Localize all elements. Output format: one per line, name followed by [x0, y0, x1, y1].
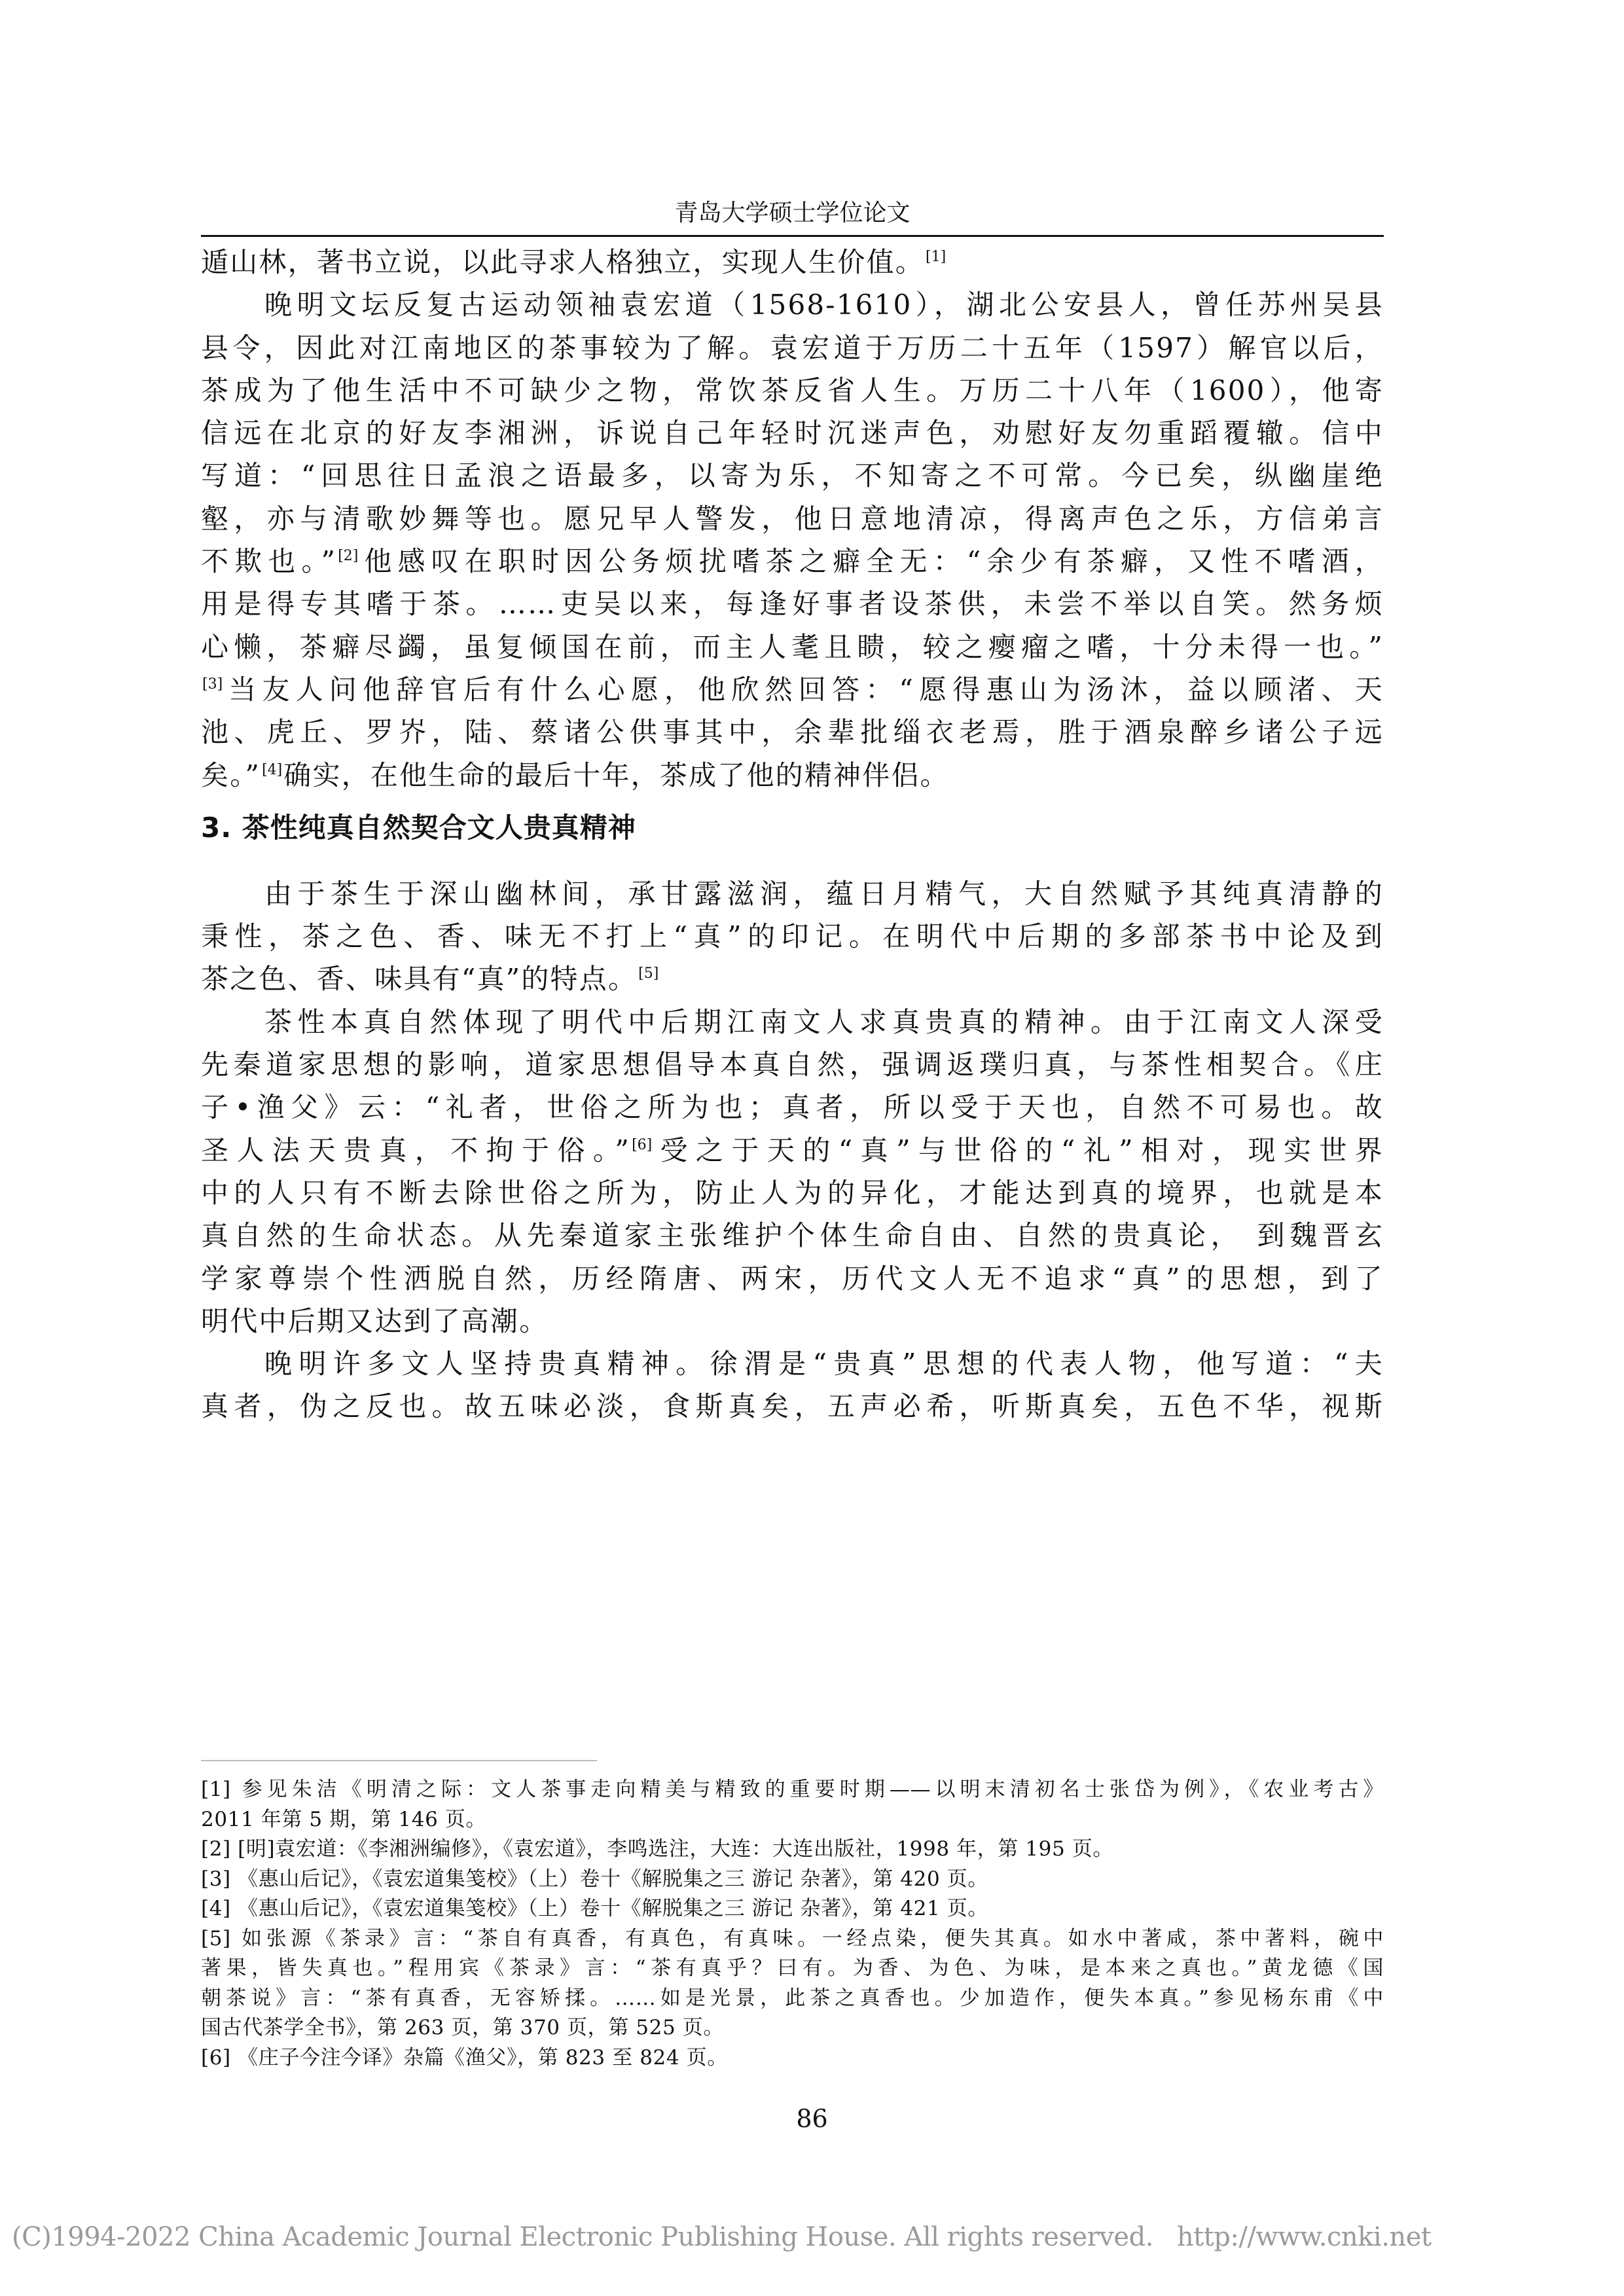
paragraph-line: 不欺也。”[2]他感叹在职时因公务烦扰嗜茶之癖全无：“余少有茶癖，又性不嗜酒， — [201, 540, 1384, 583]
text-run: 当友人问他辞官后有什么心愿，他欣然回答：“愿得惠山为汤沐，益以顾渚、天 — [224, 673, 1384, 706]
paragraph-line: 真自然的生命状态。从先秦道家主张维护个体生命自由、自然的贵真论， 到魏晋玄 — [201, 1214, 1384, 1257]
footnote-ref[interactable]: [1] — [926, 249, 946, 265]
footnote-line: [1] 参见朱洁《明清之际：文人茶事走向精美与精致的重要时期——以明末清初名士张… — [201, 1775, 1384, 1805]
text-run: 池、虎丘、罗岕，陆、蔡诸公供事其中，余辈批缁衣老焉，胜于酒泉醉乡诸公子远 — [201, 716, 1384, 748]
footnote-ref[interactable]: [6] — [632, 1137, 652, 1153]
footnote-line: [4] 《惠山后记》，《袁宏道集笺校》（上）卷十《解脱集之三 游记 杂著》，第 … — [201, 1894, 1384, 1924]
text-run: 受之于天的“真”与世俗的“礼”相对，现实世界 — [653, 1134, 1384, 1166]
paragraph-line: 子•渔父》云：“礼者，世俗之所为也；真者，所以受于天也，自然不可易也。故 — [201, 1086, 1384, 1128]
text-run: 用是得专其嗜于茶。……吏吴以来，每逢好事者设茶供，未尝不举以自笑。然务烦 — [201, 588, 1384, 620]
text-run: 信远在北京的好友李湘洲，诉说自己年轻时沉迷声色，劝慰好友勿重蹈覆辙。信中 — [201, 417, 1384, 449]
paragraph-line: 茶之色、香、味具有“真”的特点。[5] — [201, 958, 1384, 1000]
paragraph-line: 秉性，茶之色、香、味无不打上“真”的印记。在明代中后期的多部茶书中论及到 — [201, 915, 1384, 958]
paragraph-line: 用是得专其嗜于茶。……吏吴以来，每逢好事者设茶供，未尝不举以自笑。然务烦 — [201, 583, 1384, 625]
paragraph-line: 学家尊崇个性洒脱自然，历经隋唐、两宋，历代文人无不追求“真”的思想，到了 — [201, 1257, 1384, 1300]
text-run: 先秦道家思想的影响，道家思想倡导本真自然，强调返璞归真，与茶性相契合。《庄 — [201, 1049, 1384, 1081]
copyright-text: (C)1994-2022 China Academic Journal Elec… — [12, 2222, 1153, 2252]
paragraph-line: 写道：“回思往日孟浪之语最多，以寄为乐，不知寄之不可常。今已矣，纵幽崖绝 — [201, 454, 1384, 497]
text-run: 县令，因此对江南地区的茶事较为了解。袁宏道于万历二十五年（1597）解官以后， — [201, 332, 1384, 364]
footnote-line: 朝茶说》言：“茶有真香，无容矫揉。……如是光景，此茶之真香也。少加造作，便失本真… — [201, 1984, 1384, 2014]
paragraph-line: [3]当友人问他辞官后有什么心愿，他欣然回答：“愿得惠山为汤沐，益以顾渚、天 — [201, 668, 1384, 711]
text-run: 子•渔父》云：“礼者，世俗之所为也；真者，所以受于天也，自然不可易也。故 — [201, 1091, 1384, 1123]
paragraph-line: 由于茶生于深山幽林间，承甘露滋润，蕴日月精气，大自然赋予其纯真清静的 — [201, 872, 1384, 915]
text-run: 学家尊崇个性洒脱自然，历经隋唐、两宋，历代文人无不追求“真”的思想，到了 — [201, 1263, 1384, 1295]
text-run: 矣。” — [201, 759, 261, 791]
text-run: 茶之色、香、味具有“真”的特点。 — [201, 963, 637, 995]
text-run: 心懒，茶癖尽蠲，虽复倾国在前，而主人耄且瞆，较之瘿瘤之嗜，十分未得一也。” — [201, 631, 1384, 663]
text-run: 他感叹在职时因公务烦扰嗜茶之癖全无：“余少有茶癖，又性不嗜酒， — [359, 545, 1384, 577]
text-run: 真自然的生命状态。从先秦道家主张维护个体生命自由、自然的贵真论， 到魏晋玄 — [201, 1219, 1384, 1251]
text-run: 中的人只有不断去除世俗之所为，防止人为的异化，才能达到真的境界，也就是本 — [201, 1177, 1384, 1209]
text-run: 茶性本真自然体现了明代中后期江南文人求真贵真的精神。由于江南文人深受 — [264, 1006, 1384, 1038]
footnote-line: 著果，皆失真也。”程用宾《茶录》言：“茶有真乎？曰有。为香、为色、为味，是本来之… — [201, 1954, 1384, 1984]
text-run: 真者，伪之反也。故五味必淡，食斯真矣，五声必希，听斯真矣，五色不华，视斯 — [201, 1390, 1384, 1422]
paragraph-line: 晚明许多文人坚持贵真精神。徐渭是“贵真”思想的代表人物，他写道：“夫 — [201, 1342, 1384, 1385]
paragraph-line: 明代中后期又达到了高潮。 — [201, 1300, 1384, 1342]
running-header-title: 青岛大学硕士学位论文 — [201, 196, 1384, 230]
footnote-line: [6] 《庄子今注今译》杂篇《渔父》，第 823 至 824 页。 — [201, 2043, 1384, 2073]
page-number: 86 — [0, 2102, 1624, 2135]
text-run: 由于茶生于深山幽林间，承甘露滋润，蕴日月精气，大自然赋予其纯真清静的 — [264, 878, 1384, 910]
paragraph-line: 茶成为了他生活中不可缺少之物，常饮茶反省人生。万历二十八年（1600），他寄 — [201, 369, 1384, 412]
text-run: 写道：“回思往日孟浪之语最多，以寄为乐，不知寄之不可常。今已矣，纵幽崖绝 — [201, 459, 1384, 492]
body-text: 遁山林，著书立说，以此寻求人格独立，实现人生价值。[1]晚明文坛反复古运动领袖袁… — [201, 241, 1384, 1428]
paragraph-line: 圣人法天贵真，不拘于俗。”[6]受之于天的“真”与世俗的“礼”相对，现实世界 — [201, 1129, 1384, 1172]
text-run: 圣人法天贵真，不拘于俗。” — [201, 1134, 630, 1166]
footnote-line: [3] 《惠山后记》，《袁宏道集笺校》（上）卷十《解脱集之三 游记 杂著》，第 … — [201, 1865, 1384, 1895]
text-run: 壑，亦与清歌妙舞等也。愿兄早人警发，他日意地清凉，得离声色之乐，方信弟言 — [201, 503, 1384, 535]
text-run: 确实，在他生命的最后十年，茶成了他的精神伴侣。 — [283, 759, 949, 791]
paragraph-line: 池、虎丘、罗岕，陆、蔡诸公供事其中，余辈批缁衣老焉，胜于酒泉醉乡诸公子远 — [201, 711, 1384, 753]
paragraph-line: 遁山林，著书立说，以此寻求人格独立，实现人生价值。[1] — [201, 241, 1384, 283]
footnote-line: [2] [明]袁宏道：《李湘洲编修》，《袁宏道》，李鸣选注，大连：大连出版社，1… — [201, 1835, 1384, 1865]
footnote-ref[interactable]: [4] — [262, 762, 282, 778]
text-run: 茶成为了他生活中不可缺少之物，常饮茶反省人生。万历二十八年（1600），他寄 — [201, 374, 1384, 406]
text-run: 明代中后期又达到了高潮。 — [201, 1305, 548, 1337]
paragraph-line: 茶性本真自然体现了明代中后期江南文人求真贵真的精神。由于江南文人深受 — [201, 1001, 1384, 1043]
footnote-line: 2011 年第 5 期，第 146 页。 — [201, 1805, 1384, 1835]
footnote-ref[interactable]: [3] — [202, 676, 223, 692]
footnotes: [1] 参见朱洁《明清之际：文人茶事走向精美与精致的重要时期——以明末清初名士张… — [201, 1775, 1384, 2073]
footnote-separator — [201, 1760, 597, 1761]
footnote-ref[interactable]: [2] — [338, 548, 358, 564]
text-run: 晚明许多文人坚持贵真精神。徐渭是“贵真”思想的代表人物，他写道：“夫 — [264, 1348, 1384, 1380]
copyright-footer: (C)1994-2022 China Academic Journal Elec… — [12, 2221, 1431, 2253]
text-run: 遁山林，著书立说，以此寻求人格独立，实现人生价值。 — [201, 246, 924, 278]
paragraph-line: 心懒，茶癖尽蠲，虽复倾国在前，而主人耄且瞆，较之瘿瘤之嗜，十分未得一也。” — [201, 626, 1384, 668]
text-run: 不欺也。” — [201, 545, 336, 577]
footnote-line: 国古代茶学全书》，第 263 页，第 370 页，第 525 页。 — [201, 2013, 1384, 2043]
text-run: 秉性，茶之色、香、味无不打上“真”的印记。在明代中后期的多部茶书中论及到 — [201, 920, 1384, 952]
paragraph-line: 先秦道家思想的影响，道家思想倡导本真自然，强调返璞归真，与茶性相契合。《庄 — [201, 1043, 1384, 1086]
paragraph-line: 矣。”[4]确实，在他生命的最后十年，茶成了他的精神伴侣。 — [201, 754, 1384, 797]
footnote-ref[interactable]: [5] — [638, 965, 659, 982]
header-rule — [201, 235, 1384, 237]
paragraph-line: 壑，亦与清歌妙舞等也。愿兄早人警发，他日意地清凉，得离声色之乐，方信弟言 — [201, 497, 1384, 540]
paragraph-line: 真者，伪之反也。故五味必淡，食斯真矣，五声必希，听斯真矣，五色不华，视斯 — [201, 1385, 1384, 1427]
section-heading: 3. 茶性纯真自然契合文人贵真精神 — [201, 797, 1384, 872]
paragraph-line: 县令，因此对江南地区的茶事较为了解。袁宏道于万历二十五年（1597）解官以后， — [201, 327, 1384, 369]
footnote-line: [5] 如张源《茶录》言：“茶自有真香，有真色，有真味。一经点染，便失其真。如水… — [201, 1924, 1384, 1954]
cnki-link[interactable]: http://www.cnki.net — [1177, 2222, 1432, 2252]
paragraph-line: 信远在北京的好友李湘洲，诉说自己年轻时沉迷声色，劝慰好友勿重蹈覆辙。信中 — [201, 412, 1384, 454]
paragraph-line: 晚明文坛反复古运动领袖袁宏道（1568-1610），湖北公安县人，曾任苏州吴县 — [201, 283, 1384, 326]
text-run: 晚明文坛反复古运动领袖袁宏道（1568-1610），湖北公安县人，曾任苏州吴县 — [264, 289, 1384, 321]
paragraph-line: 中的人只有不断去除世俗之所为，防止人为的异化，才能达到真的境界，也就是本 — [201, 1172, 1384, 1214]
